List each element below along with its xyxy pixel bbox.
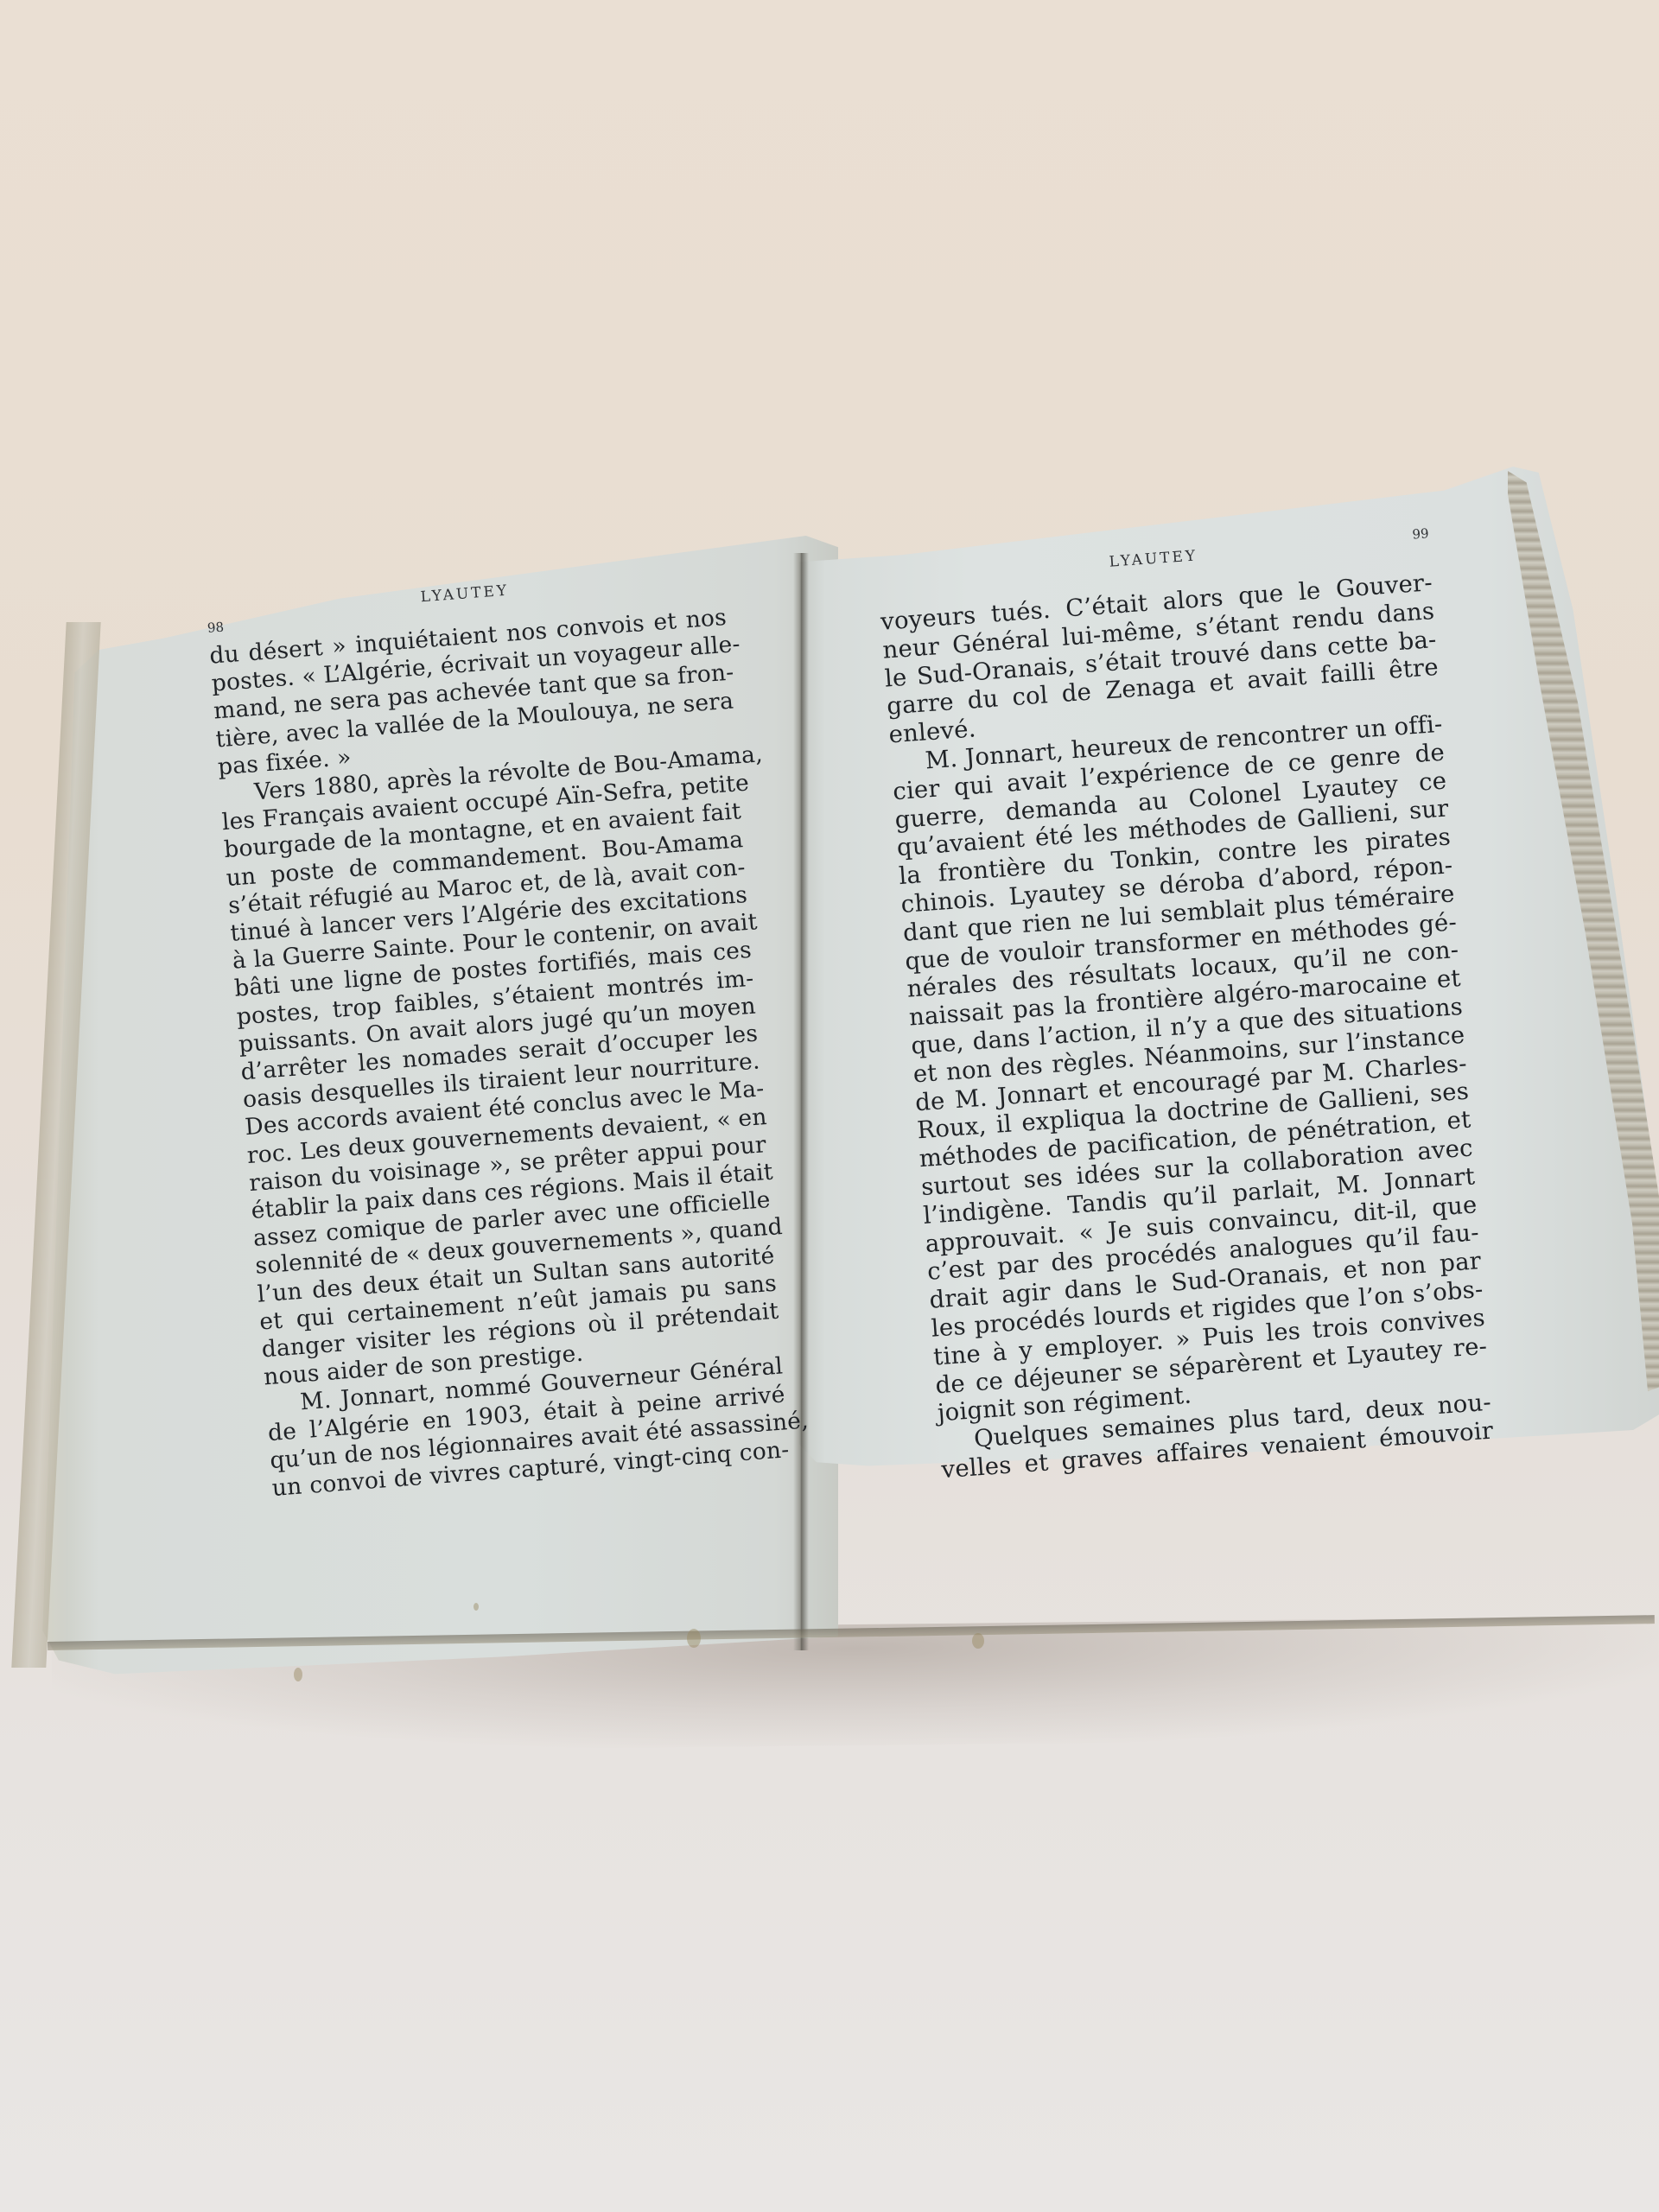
foxing-spot bbox=[972, 1633, 984, 1649]
left-page-body: du désert » inquiétaient nos convois et … bbox=[208, 604, 790, 1503]
page-number-right: 99 bbox=[1412, 525, 1429, 542]
foxing-spot bbox=[687, 1629, 701, 1648]
book-gutter bbox=[793, 553, 809, 1650]
foxing-spot bbox=[294, 1668, 302, 1681]
right-page-body: voyeurs tués. C’était alors que le Gouve… bbox=[880, 569, 1494, 1484]
foxing-spot bbox=[474, 1603, 479, 1611]
right-page: LYAUTEY 99 voyeurs tués. C’était alors q… bbox=[877, 531, 1494, 1484]
left-page: 98 LYAUTEY du désert » inquiétaient nos … bbox=[206, 566, 790, 1503]
